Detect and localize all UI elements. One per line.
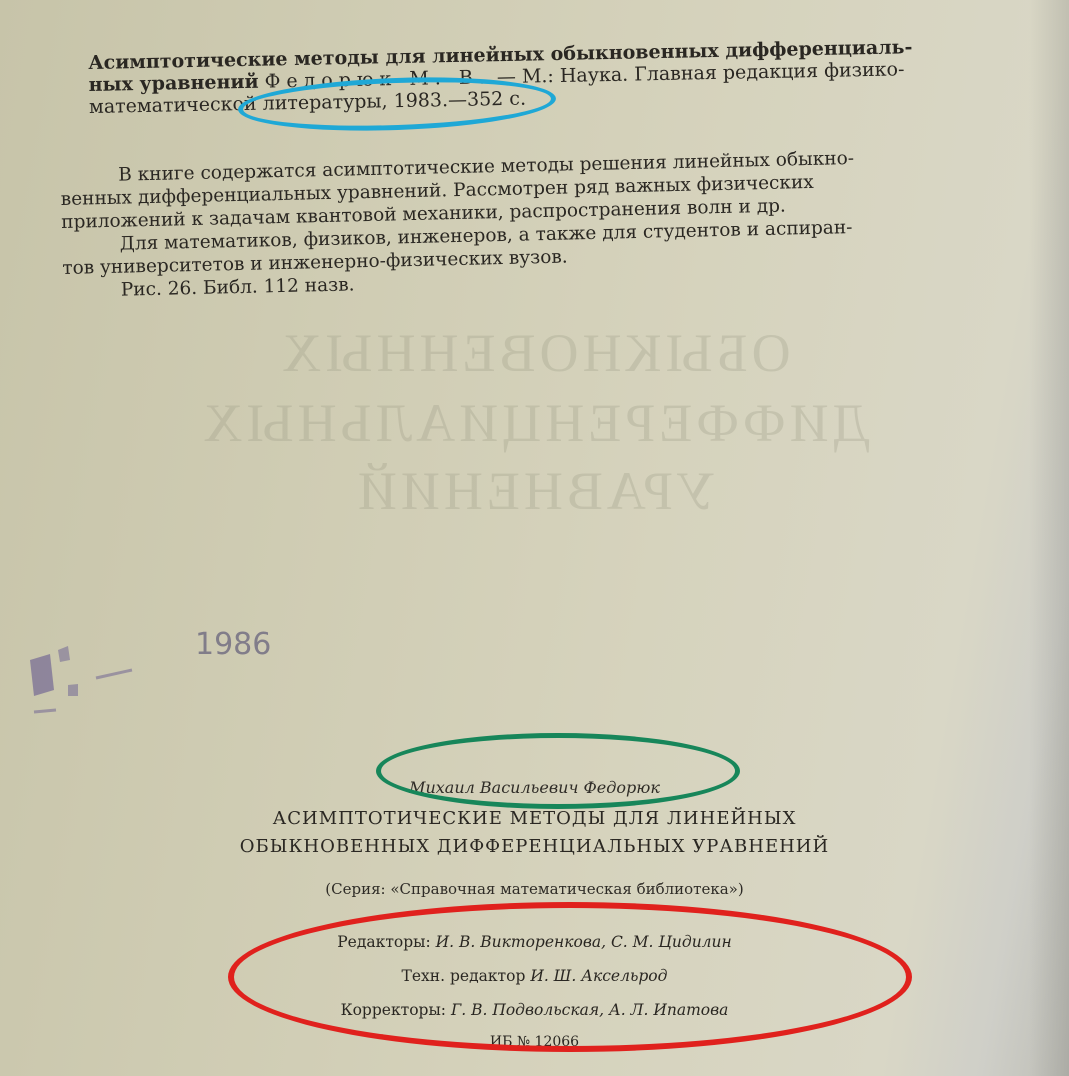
bleed-through-line: ОБЫКНОВЕННЫХ: [0, 322, 1069, 384]
editors-names: И. В. Викторенкова, С. М. Цидилин: [436, 933, 732, 951]
book-title-line-1: АСИМПТОТИЧЕСКИЕ МЕТОДЫ ДЛЯ ЛИНЕЙНЫХ: [0, 808, 1069, 829]
tech-editor-label: Техн. редактор: [402, 967, 526, 985]
bibliographic-record: Асимптотические методы для линейных обык…: [88, 34, 1019, 118]
proofreaders-line: Корректоры: Г. В. Подвольская, А. Л. Ипа…: [0, 1001, 1069, 1019]
book-page: Асимптотические методы для линейных обык…: [0, 0, 1069, 1076]
author-full-name: Михаил Васильевич Федорюк: [0, 778, 1069, 797]
library-stamp: [20, 640, 140, 734]
bleed-through-line: УРАВНЕНИЙ: [0, 460, 1069, 522]
page-edge-shadow: [1029, 0, 1069, 1076]
tech-editor-line: Техн. редактор И. Ш. Аксельрод: [0, 967, 1069, 985]
bib-title-end: ных уравнений: [88, 71, 258, 96]
proofreaders-names: Г. В. Подвольская, А. Л. Ипатова: [451, 1001, 728, 1019]
series-name: (Серия: «Справочная математическая библи…: [0, 880, 1069, 898]
ib-number: ИБ № 12066: [0, 1034, 1069, 1050]
stamp-year: 1986: [195, 627, 271, 662]
editors-line: Редакторы: И. В. Викторенкова, С. М. Цид…: [0, 933, 1069, 951]
green-highlight-ellipse: [376, 733, 740, 809]
stamp-mark-icon: [20, 640, 140, 730]
proofreaders-label: Корректоры:: [341, 1001, 446, 1019]
bleed-through-line: ДИФФЕРЕНЦИАЛЬНЫХ: [0, 392, 1069, 454]
abstract: В книге содержатся асимптотические метод…: [60, 143, 1023, 303]
tech-editor-name: И. Ш. Аксельрод: [530, 967, 667, 985]
book-title-line-2: ОБЫКНОВЕННЫХ ДИФФЕРЕНЦИАЛЬНЫХ УРАВНЕНИЙ: [0, 836, 1069, 857]
editors-label: Редакторы:: [337, 933, 430, 951]
